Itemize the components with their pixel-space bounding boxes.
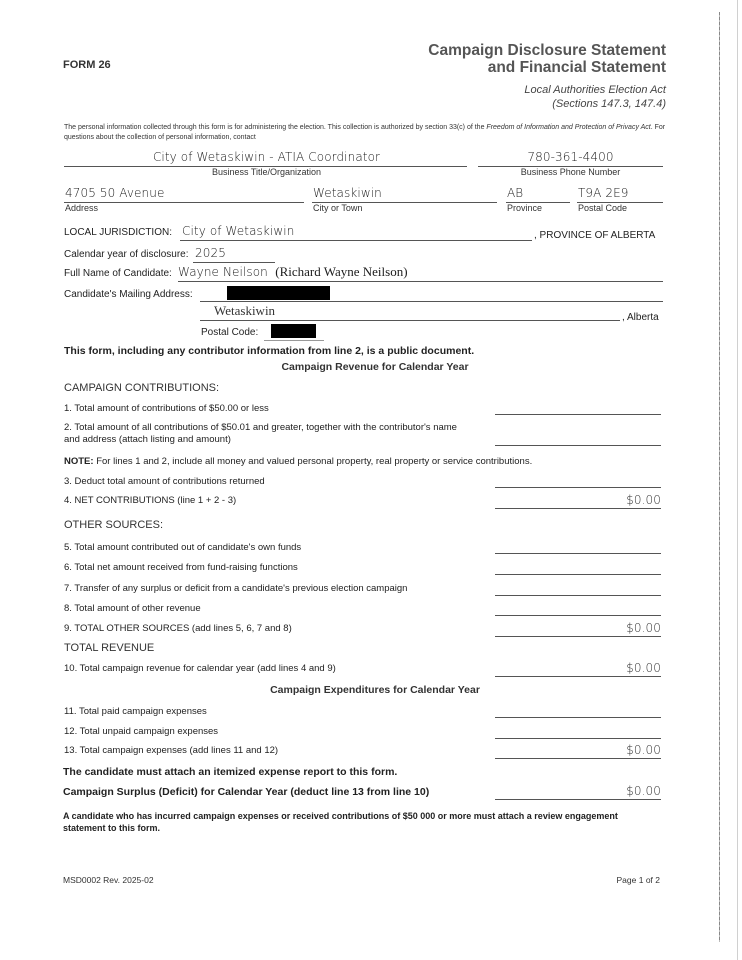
year-field[interactable]: 2025 bbox=[195, 246, 226, 260]
mailing-city-field[interactable]: Wetaskiwin bbox=[214, 303, 275, 319]
candidate-name-label: Full Name of Candidate: bbox=[64, 268, 172, 279]
other-sources-heading: OTHER SOURCES: bbox=[64, 519, 163, 531]
redacted-street-address bbox=[227, 286, 330, 300]
page-number: Page 1 of 2 bbox=[617, 875, 660, 885]
line-13-label: 13. Total campaign expenses (add lines 1… bbox=[64, 745, 278, 756]
line-10-amount[interactable]: $0.00 bbox=[495, 661, 661, 675]
surplus-amount[interactable]: $0.00 bbox=[495, 784, 661, 798]
form-title: Campaign Disclosure Statement and Financ… bbox=[428, 42, 666, 76]
mailing-address-label: Candidate's Mailing Address: bbox=[64, 289, 193, 300]
itemized-report-notice: The candidate must attach an itemized ex… bbox=[63, 766, 397, 778]
postal-code-label: Postal Code: bbox=[201, 327, 258, 338]
act-sections: (Sections 147.3, 147.4) bbox=[524, 97, 666, 111]
line-3-label: 3. Deduct total amount of contributions … bbox=[64, 476, 265, 487]
year-label: Calendar year of disclosure: bbox=[64, 249, 189, 260]
redacted-postal-code bbox=[271, 324, 316, 338]
postal-code-caption: Postal Code bbox=[578, 203, 627, 213]
line-9-label: 9. TOTAL OTHER SOURCES (add lines 5, 6, … bbox=[64, 623, 292, 634]
city-caption: City or Town bbox=[313, 203, 362, 213]
act-name: Local Authorities Election Act bbox=[524, 83, 666, 97]
scan-edge-artifact bbox=[737, 0, 738, 960]
total-revenue-heading: TOTAL REVENUE bbox=[64, 642, 154, 654]
form-number: FORM 26 bbox=[63, 59, 111, 71]
phone-caption: Business Phone Number bbox=[478, 167, 663, 177]
act-reference: Local Authorities Election Act (Sections… bbox=[524, 83, 666, 111]
contact-province-field[interactable]: AB bbox=[507, 186, 523, 200]
form-code: MSD0002 Rev. 2025-02 bbox=[63, 875, 154, 885]
privacy-act-name: Freedom of Information and Protection of… bbox=[486, 124, 650, 131]
address-caption: Address bbox=[65, 203, 98, 213]
form-title-line1: Campaign Disclosure Statement bbox=[428, 42, 666, 59]
jurisdiction-label: LOCAL JURISDICTION: bbox=[64, 227, 172, 238]
line-5-label: 5. Total amount contributed out of candi… bbox=[64, 542, 301, 553]
line-1-label: 1. Total amount of contributions of $50.… bbox=[64, 403, 269, 414]
scan-edge-artifact bbox=[719, 12, 720, 942]
expenditures-heading: Campaign Expenditures for Calendar Year bbox=[0, 684, 742, 696]
line-11-label: 11. Total paid campaign expenses bbox=[64, 706, 207, 717]
contributions-note: NOTE: For lines 1 and 2, include all mon… bbox=[64, 456, 532, 467]
contact-address-field[interactable]: 4705 50 Avenue bbox=[65, 186, 164, 200]
line-6-label: 6. Total net amount received from fund-r… bbox=[64, 562, 298, 573]
line-4-label: 4. NET CONTRIBUTIONS (line 1 + 2 - 3) bbox=[64, 495, 236, 506]
candidate-name-field[interactable]: Wayne Neilson (Richard Wayne Neilson) bbox=[178, 264, 408, 280]
line-12-label: 12. Total unpaid campaign expenses bbox=[64, 726, 218, 737]
contact-postal-code-field[interactable]: T9A 2E9 bbox=[578, 186, 629, 200]
line-10-label: 10. Total campaign revenue for calendar … bbox=[64, 663, 336, 674]
line-13-amount[interactable]: $0.00 bbox=[495, 743, 661, 757]
line-2-label: 2. Total amount of all contributions of … bbox=[64, 422, 457, 446]
public-document-notice: This form, including any contributor inf… bbox=[64, 345, 474, 357]
line-7-label: 7. Transfer of any surplus or deficit fr… bbox=[64, 583, 407, 594]
privacy-notice: The personal information collected throu… bbox=[64, 123, 684, 143]
review-engagement-notice: A candidate who has incurred campaign ex… bbox=[63, 810, 643, 834]
province-of-alberta-label: , PROVINCE OF ALBERTA bbox=[534, 230, 655, 241]
line-9-amount[interactable]: $0.00 bbox=[495, 621, 661, 635]
contributions-heading: CAMPAIGN CONTRIBUTIONS: bbox=[64, 382, 219, 394]
candidate-name-value: Wayne Neilson bbox=[178, 265, 268, 279]
contact-phone-field[interactable]: 780-361-4400 bbox=[478, 150, 663, 164]
candidate-legal-name-value: (Richard Wayne Neilson) bbox=[275, 264, 407, 279]
alberta-label: , Alberta bbox=[622, 312, 659, 323]
line-8-label: 8. Total amount of other revenue bbox=[64, 603, 201, 614]
organization-caption: Business Title/Organization bbox=[64, 167, 469, 177]
revenue-heading: Campaign Revenue for Calendar Year bbox=[0, 361, 742, 373]
jurisdiction-field[interactable]: City of Wetaskiwin bbox=[182, 224, 294, 238]
line-4-amount[interactable]: $0.00 bbox=[495, 493, 661, 507]
form-title-line2: and Financial Statement bbox=[428, 59, 666, 76]
contact-city-field[interactable]: Wetaskiwin bbox=[313, 186, 382, 200]
province-caption: Province bbox=[507, 203, 542, 213]
surplus-label: Campaign Surplus (Deficit) for Calendar … bbox=[63, 786, 429, 798]
contact-organization-field[interactable]: City of Wetaskiwin - ATIA Coordinator bbox=[64, 150, 469, 164]
